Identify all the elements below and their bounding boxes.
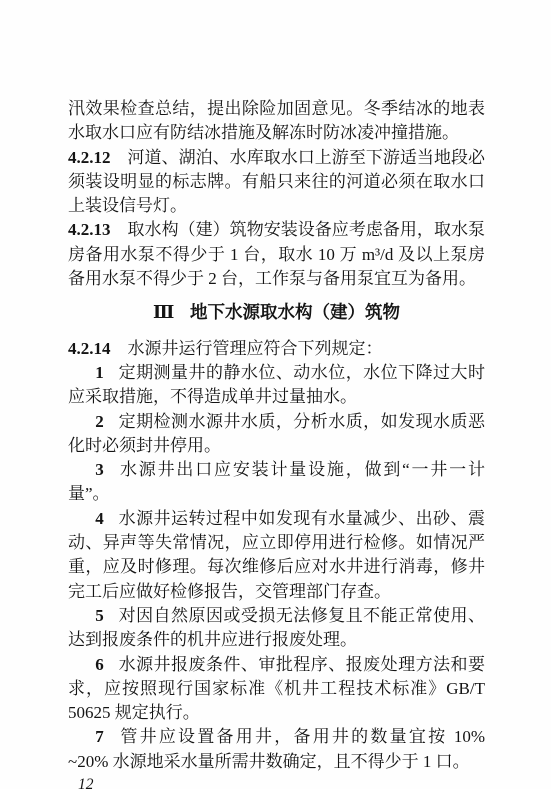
item-text: 定期检测水源井水质，分析水质，如发现水质恶化时必须封井停用。 xyxy=(68,412,485,455)
clause-text: 取水构（建）筑物安装设备应考虑备用，取水泵房备用水泵不得少于 1 台，取水 10… xyxy=(68,220,485,288)
list-item-7: 7管井应设置备用井，备用井的数量宜按 10% ~20% 水源地采水量所需井数确定… xyxy=(68,725,485,774)
clause-number: 4.2.14 xyxy=(68,339,111,358)
paragraph-text: 汛效果检查总结，提出除险加固意见。冬季结冰的地表水取水口应有防结冰措施及解冻时防… xyxy=(68,99,485,142)
item-number: 3 xyxy=(95,460,104,479)
item-number: 2 xyxy=(95,412,104,431)
list-item-3: 3水源井出口应安装计量设施，做到“一井一计量”。 xyxy=(68,458,485,507)
item-text: 管井应设置备用井，备用井的数量宜按 10% ~20% 水源地采水量所需井数确定，… xyxy=(68,727,485,770)
item-text: 水源井报废条件、审批程序、报废处理方法和要求，应按照现行国家标准《机井工程技术标… xyxy=(68,655,485,723)
document-page: 汛效果检查总结，提出除险加固意见。冬季结冰的地表水取水口应有防结冰措施及解冻时防… xyxy=(0,0,551,789)
clause-4-2-14: 4.2.14水源井运行管理应符合下列规定： xyxy=(68,337,485,361)
page-content: 汛效果检查总结，提出除险加固意见。冬季结冰的地表水取水口应有防结冰措施及解冻时防… xyxy=(68,97,485,789)
clause-4-2-13: 4.2.13取水构（建）筑物安装设备应考虑备用，取水泵房备用水泵不得少于 1 台… xyxy=(68,218,485,291)
clause-number: 4.2.12 xyxy=(68,148,111,167)
list-item-5: 5对因自然原因或受损无法修复且不能正常使用、达到报废条件的机井应进行报废处理。 xyxy=(68,604,485,653)
clause-text: 水源井运行管理应符合下列规定： xyxy=(128,339,383,358)
section-numeral: Ⅲ xyxy=(153,302,174,322)
list-item-4: 4水源井运转过程中如发现有水量减少、出砂、震动、异声等失常情况，应立即停用进行检… xyxy=(68,507,485,604)
section-title: 地下水源取水构（建）筑物 xyxy=(190,302,400,322)
item-text: 定期测量井的静水位、动水位，水位下降过大时应采取措施，不得造成单井过量抽水。 xyxy=(68,363,485,406)
item-text: 水源井出口应安装计量设施，做到“一井一计量”。 xyxy=(68,460,485,503)
item-number: 4 xyxy=(95,509,104,528)
item-number: 5 xyxy=(95,606,104,625)
item-number: 1 xyxy=(95,363,104,382)
item-text: 对因自然原因或受损无法修复且不能正常使用、达到报废条件的机井应进行报废处理。 xyxy=(68,606,485,649)
section-heading: Ⅲ地下水源取水构（建）筑物 xyxy=(68,300,485,324)
item-number: 7 xyxy=(95,727,104,746)
item-number: 6 xyxy=(95,655,104,674)
clause-4-2-12: 4.2.12河道、湖泊、水库取水口上游至下游适当地段必须装设明显的标志牌。有船只… xyxy=(68,146,485,219)
list-item-6: 6水源井报废条件、审批程序、报废处理方法和要求，应按照现行国家标准《机井工程技术… xyxy=(68,653,485,726)
paragraph-continuation: 汛效果检查总结，提出除险加固意见。冬季结冰的地表水取水口应有防结冰措施及解冻时防… xyxy=(68,97,485,146)
list-item-1: 1定期测量井的静水位、动水位，水位下降过大时应采取措施，不得造成单井过量抽水。 xyxy=(68,361,485,410)
clause-number: 4.2.13 xyxy=(68,220,111,239)
page-number: 12 xyxy=(78,774,485,789)
list-item-2: 2定期检测水源井水质，分析水质，如发现水质恶化时必须封井停用。 xyxy=(68,410,485,459)
item-text: 水源井运转过程中如发现有水量减少、出砂、震动、异声等失常情况，应立即停用进行检修… xyxy=(68,509,485,601)
clause-text: 河道、湖泊、水库取水口上游至下游适当地段必须装设明显的标志牌。有船只来往的河道必… xyxy=(68,148,485,216)
